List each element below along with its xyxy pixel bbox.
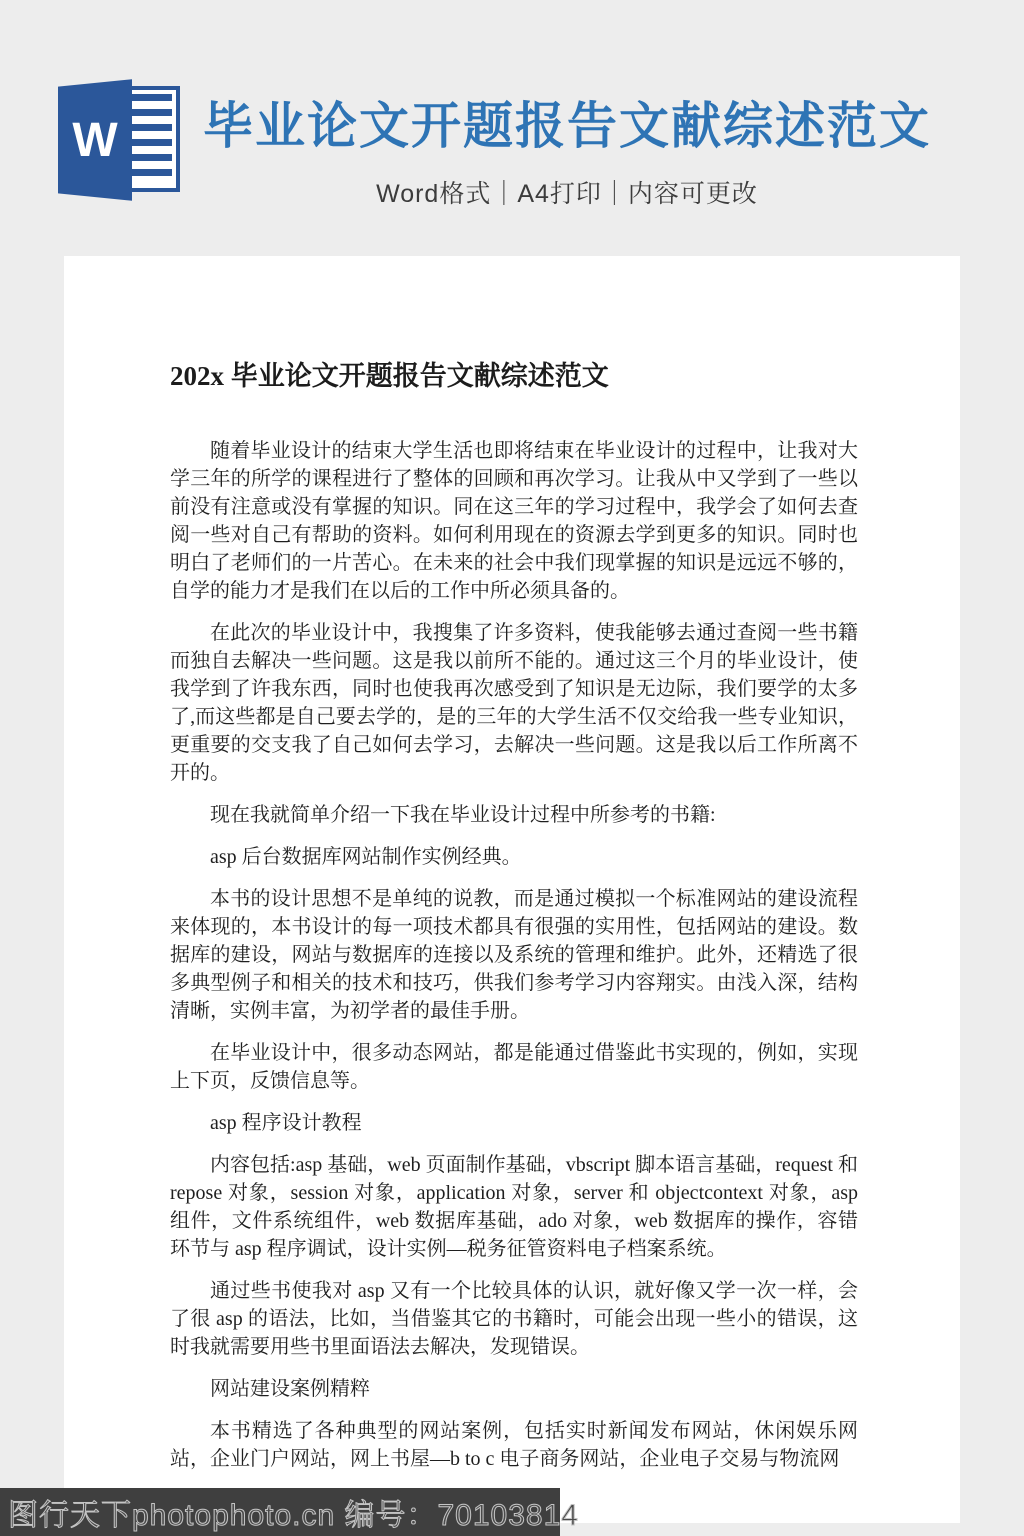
- paragraph: 现在我就简单介绍一下我在毕业设计过程中所参考的书籍:: [170, 801, 858, 829]
- template-subtitle: Word格式｜A4打印｜内容可更改: [110, 174, 1024, 210]
- paragraph: 本书精选了各种典型的网站案例，包括实时新闻发布网站，休闲娱乐网站，企业门户网站，…: [170, 1417, 858, 1473]
- paragraph: 随着毕业设计的结束大学生活也即将结束在毕业设计的过程中，让我对大学三年的所学的课…: [170, 437, 858, 605]
- page-root: W 毕业论文开题报告文献综述范文 Word格式｜A4打印｜内容可更改 202x …: [0, 0, 1024, 1536]
- document-page: 202x 毕业论文开题报告文献综述范文 随着毕业设计的结束大学生活也即将结束在毕…: [64, 256, 960, 1523]
- document-heading: 202x 毕业论文开题报告文献综述范文: [170, 360, 858, 392]
- paragraph: asp 后台数据库网站制作实例经典。: [170, 843, 858, 871]
- paragraph: asp 程序设计教程: [170, 1109, 858, 1137]
- paragraph: 本书的设计思想不是单纯的说教，而是通过模拟一个标准网站的建设流程来体现的，本书设…: [170, 885, 858, 1025]
- watermark-bar: 图行天下photophoto.cn 编号：70103814: [0, 1488, 560, 1536]
- header-text: 毕业论文开题报告文献综述范文 Word格式｜A4打印｜内容可更改: [110, 86, 1024, 210]
- paragraph: 通过些书使我对 asp 又有一个比较具体的认识，就好像又学一次一样，会了很 as…: [170, 1277, 858, 1361]
- header: W 毕业论文开题报告文献综述范文 Word格式｜A4打印｜内容可更改: [0, 0, 1024, 256]
- paragraph: 内容包括:asp 基础，web 页面制作基础，vbscript 脚本语言基础，r…: [170, 1151, 858, 1263]
- template-title: 毕业论文开题报告文献综述范文: [110, 86, 1024, 158]
- paragraph: 在此次的毕业设计中，我搜集了许多资料，使我能够去通过查阅一些书籍而独自去解决一些…: [170, 619, 858, 787]
- watermark-text: 图行天下photophoto.cn 编号：70103814: [8, 1490, 579, 1534]
- document-body: 随着毕业设计的结束大学生活也即将结束在毕业设计的过程中，让我对大学三年的所学的课…: [170, 437, 858, 1473]
- paragraph: 网站建设案例精粹: [170, 1375, 858, 1403]
- paragraph: 在毕业设计中，很多动态网站，都是能通过借鉴此书实现的，例如，实现上下页，反馈信息…: [170, 1039, 858, 1095]
